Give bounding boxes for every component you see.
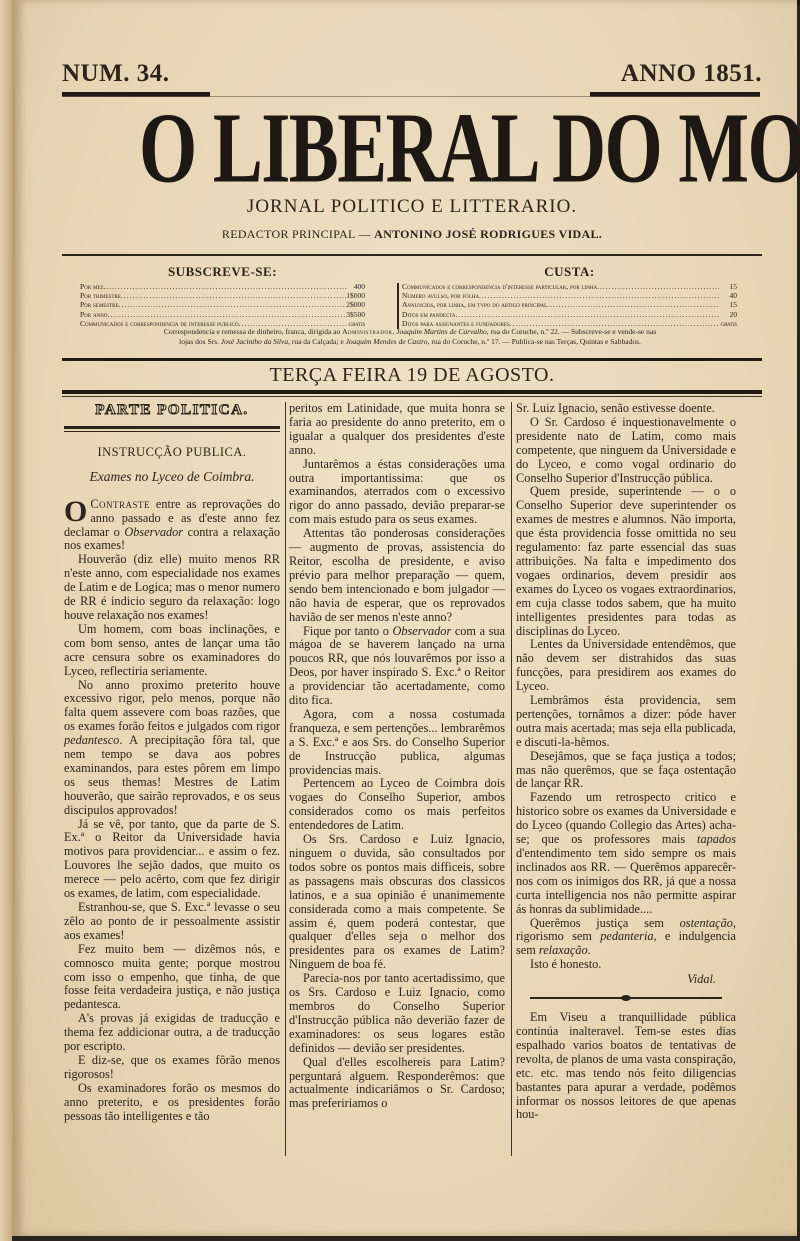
article-paragraph: A's provas já exigidas de traducção e th… (64, 1012, 280, 1054)
subscription-block: SUBSCREVE-SE: Por mez400 Por trimestre1$… (80, 264, 365, 328)
date-rule-bottom-thin (62, 396, 762, 397)
article-paragraph: OContraste entre as reprovações do anno … (64, 498, 280, 554)
article-paragraph: Fez muito bem — dizêmos nós, e comnosco … (64, 943, 280, 1013)
subscription-row: Por mez400 (80, 282, 365, 291)
issue-number: NUM. 34. (62, 60, 169, 88)
redactor-line: REDACTOR PRINCIPAL — ANTONINO JOSÉ RODRI… (62, 227, 762, 242)
issue-year: ANNO 1851. (621, 60, 762, 88)
date-rule-top (62, 358, 762, 361)
article-paragraph: Já se vê, por tanto, que da parte de S. … (64, 818, 280, 901)
article-paragraph: Os Srs. Cardoso e Luiz Ignacio, ninguem … (289, 833, 505, 972)
price-divider (397, 283, 399, 329)
column-divider (511, 402, 512, 1156)
article-paragraph: Juntarêmos a éstas considerações uma out… (289, 458, 505, 528)
article-paragraph: Parecia-nos por tanto acertadissimo, que… (289, 972, 505, 1055)
publication-notice: Correspondencia e remessa de dinheiro, f… (80, 327, 740, 347)
subscription-row: Por trimestre1$000 (80, 291, 365, 300)
column-3: Sr. Luiz Ignacio, senão estivesse doente… (516, 402, 736, 1122)
article-paragraph: Sr. Luiz Ignacio, senão estivesse doente… (516, 402, 736, 416)
article-paragraph: Um homem, com boas inclinações, e com bo… (64, 623, 280, 679)
article-paragraph: No anno proximo preterito houve excessiv… (64, 679, 280, 818)
article-paragraph: Qual d'elles escolhereis para Latim? per… (289, 1056, 505, 1112)
drop-cap: O (64, 499, 87, 525)
column-2: peritos em Latinidade, que muita honra s… (289, 402, 505, 1111)
article-heading: INSTRUCÇÃO PUBLICA. (64, 446, 280, 460)
article-paragraph: Lembrâmos ésta providencia, sem pertençõ… (516, 694, 736, 750)
subscription-title: SUBSCREVE-SE: (80, 264, 365, 280)
masthead-top-row: NUM. 34. ANNO 1851. (62, 58, 762, 88)
article-paragraph: E diz-se, que os exames fôrão menos rigo… (64, 1054, 280, 1082)
cost-row: Numero avulso, por folha40 (402, 291, 737, 300)
date-rule-bottom (62, 390, 762, 394)
article-paragraph: peritos em Latinidade, que muita honra s… (289, 402, 505, 458)
article-paragraph: Agora, com a nossa costumada franqueza, … (289, 708, 505, 778)
column-divider (285, 402, 286, 1156)
article-paragraph: Houverão (diz elle) muito menos RR n'est… (64, 553, 280, 623)
cost-row: Ditos em pandecta20 (402, 310, 737, 319)
article-subheading: Exames no Lyceo de Coimbra. (64, 470, 280, 484)
redactor-label: REDACTOR PRINCIPAL — (222, 227, 371, 241)
section-rule-thin (64, 431, 280, 432)
issue-date: TERÇA FEIRA 19 DE AGOSTO. (62, 364, 762, 387)
subscription-row: Por anno3$500 (80, 310, 365, 319)
header-rule (62, 254, 762, 256)
book-gutter (0, 0, 12, 1241)
article-paragraph: Pertencem ao Lyceo de Coimbra dois vogae… (289, 777, 505, 833)
section-title: PARTE POLITICA. (64, 404, 280, 418)
article-paragraph: Isto é honesto. (516, 958, 736, 972)
costs-block: CUSTA: Communicados e correspondencia d'… (402, 264, 737, 328)
section-rule (64, 426, 280, 429)
column-1: PARTE POLITICA. INSTRUCÇÃO PUBLICA. Exam… (64, 402, 280, 1124)
article-paragraph: Estranhou-se, que S. Exc.ª levasse o seu… (64, 901, 280, 943)
costs-title: CUSTA: (402, 264, 737, 280)
redactor-name: ANTONINO JOSÉ RODRIGUES VIDAL. (374, 227, 602, 241)
ornamental-rule (530, 997, 722, 999)
article-paragraph: O Sr. Cardoso é inquestionavelmente o pr… (516, 416, 736, 486)
newspaper-title: O LIBERAL DO MONDEGO. (139, 104, 685, 192)
cost-row: Communicados e correspondencia d'interes… (402, 282, 737, 291)
article-signature: Vidal. (516, 973, 736, 987)
article-paragraph: Attentas tão ponderosas considerações — … (289, 527, 505, 624)
article-paragraph: Os examinadores forão os mesmos do anno … (64, 1082, 280, 1124)
subscription-row: Por semestre2$000 (80, 300, 365, 309)
news-paragraph-viseu: Em Viseu a tranquillidade pública contin… (516, 1011, 736, 1122)
newspaper-subtitle: JORNAL POLITICO E LITTERARIO. (62, 196, 762, 218)
article-paragraph: Lentes da Universidade entendêmos, que n… (516, 638, 736, 694)
article-paragraph: Quem preside, superintende — o o Conselh… (516, 485, 736, 638)
cost-row: Annuncios, por linha, em typo do artigo … (402, 300, 737, 309)
article-paragraph: Querêmos justiça sem ostentação, rigoris… (516, 917, 736, 959)
article-paragraph: Fique por tanto o Observador com a sua m… (289, 625, 505, 708)
article-paragraph: Fazendo um retrospecto critico e histori… (516, 791, 736, 916)
article-paragraph: Desejâmos, que se faça justiça a todos; … (516, 750, 736, 792)
